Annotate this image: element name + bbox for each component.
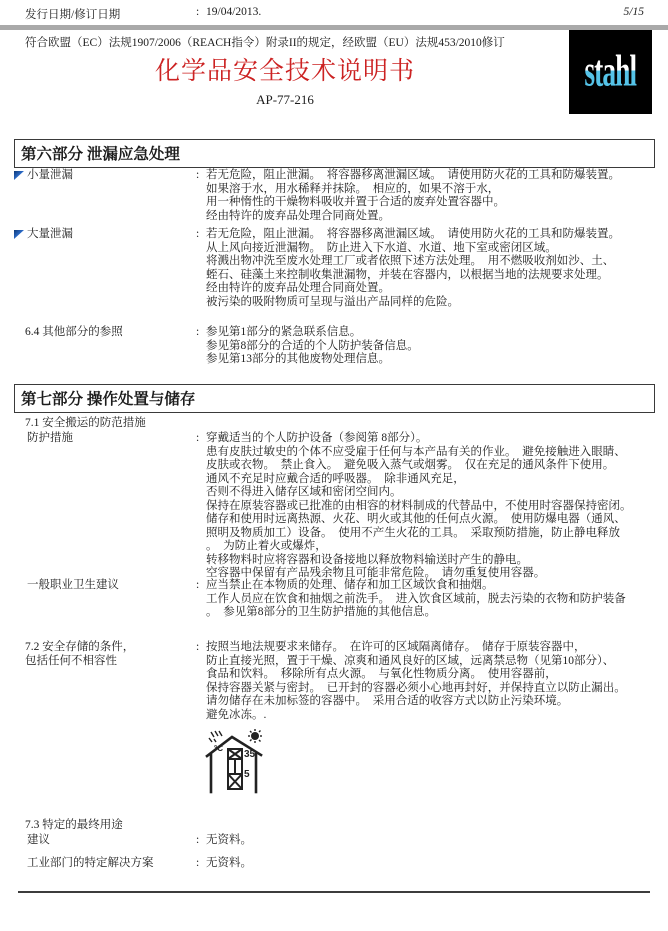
field-colon: : (196, 579, 199, 593)
document-title: 化学品安全技术说明书 (0, 51, 570, 87)
large-spill-label: 大量泄漏 (27, 228, 192, 242)
subsection-71-heading: 7.1 安全搬运的防范措施 (25, 414, 146, 430)
field-colon: : (196, 169, 199, 183)
temp-max-label: 35 (244, 749, 256, 760)
reference-text: 参见第1部分的紧急联系信息。 参见第8部分的合适的个人防护装备信息。 参见第13… (206, 326, 658, 367)
industry-solutions-value: 无资料。 (206, 857, 658, 871)
section6-header: 第六部分 泄漏应急处理 (14, 139, 655, 168)
subsection-73-heading: 7.3 特定的最终用途 (25, 816, 123, 832)
sun-icon (248, 729, 262, 743)
stahl-logo-text: stahl (585, 46, 637, 97)
advice-label: 建议 (27, 834, 192, 848)
header-divider-bar (0, 25, 668, 30)
hygiene-advice-label: 一般职业卫生建议 (27, 579, 192, 593)
temp-unit-label: °C (214, 744, 223, 753)
page-number: 5/15 (624, 6, 644, 18)
large-spill-text: 若无危险，阻止泄漏。 将容器移离泄漏区域。 请使用防火花的工具和防爆装置。 从上… (206, 228, 658, 309)
issue-date-label: 发行日期/修订日期 (25, 6, 120, 22)
pointer-triangle-icon (14, 230, 24, 239)
field-colon: : (196, 326, 199, 340)
field-colon: : (196, 432, 199, 446)
protective-measures-label: 防护措施 (27, 432, 192, 446)
advice-value: 无资料。 (206, 834, 658, 848)
thermometer-icon (228, 749, 242, 789)
field-colon: : (196, 228, 199, 242)
pointer-triangle-icon (14, 171, 24, 180)
storage-conditions-text: 按照当地法规要求来储存。 在许可的区域隔离储存。 储存于原装容器中， 防止直接光… (206, 641, 658, 722)
product-code: AP-77-216 (0, 92, 570, 108)
field-colon: : (196, 641, 199, 655)
section7-header: 第七部分 操作处置与储存 (14, 384, 655, 413)
industry-solutions-label: 工业部门的特定解决方案 (27, 857, 192, 871)
field-colon: : (196, 857, 199, 871)
storage-conditions-label: 7.2 安全存储的条件， 包括任何不相容性 (25, 641, 190, 668)
issue-date-value: 19/04/2013. (206, 6, 261, 18)
protective-measures-text: 穿戴适当的个人防护设备（参阅第 8部分）。 患有皮肤过敏史的个体不应受雇于任何与… (206, 432, 658, 581)
sds-document-page: 发行日期/修订日期 : 19/04/2013. 5/15 符合欧盟（EC）法规1… (0, 0, 668, 931)
issue-date-colon: : (196, 6, 199, 18)
small-spill-text: 若无危险，阻止泄漏。 将容器移离泄漏区域。 请使用防火花的工具和防爆装置。 如果… (206, 169, 658, 223)
footer-divider-line (18, 891, 650, 893)
small-spill-label: 小量泄漏 (27, 169, 192, 183)
storage-temperature-pictogram: °C 35 5 (203, 729, 267, 800)
regulation-compliance-line: 符合欧盟（EC）法规1907/2006（REACH指令）附录II的规定，经欧盟（… (25, 34, 505, 50)
rain-icon (209, 731, 222, 742)
hygiene-advice-text: 应当禁止在本物质的处理、储存和加工区域饮食和抽烟。 工作人员应在饮食和抽烟之前洗… (206, 579, 658, 620)
temp-min-label: 5 (244, 769, 250, 780)
stahl-logo: stahl (569, 30, 652, 114)
reference-label: 6.4 其他部分的参照 (25, 326, 190, 340)
field-colon: : (196, 834, 199, 848)
